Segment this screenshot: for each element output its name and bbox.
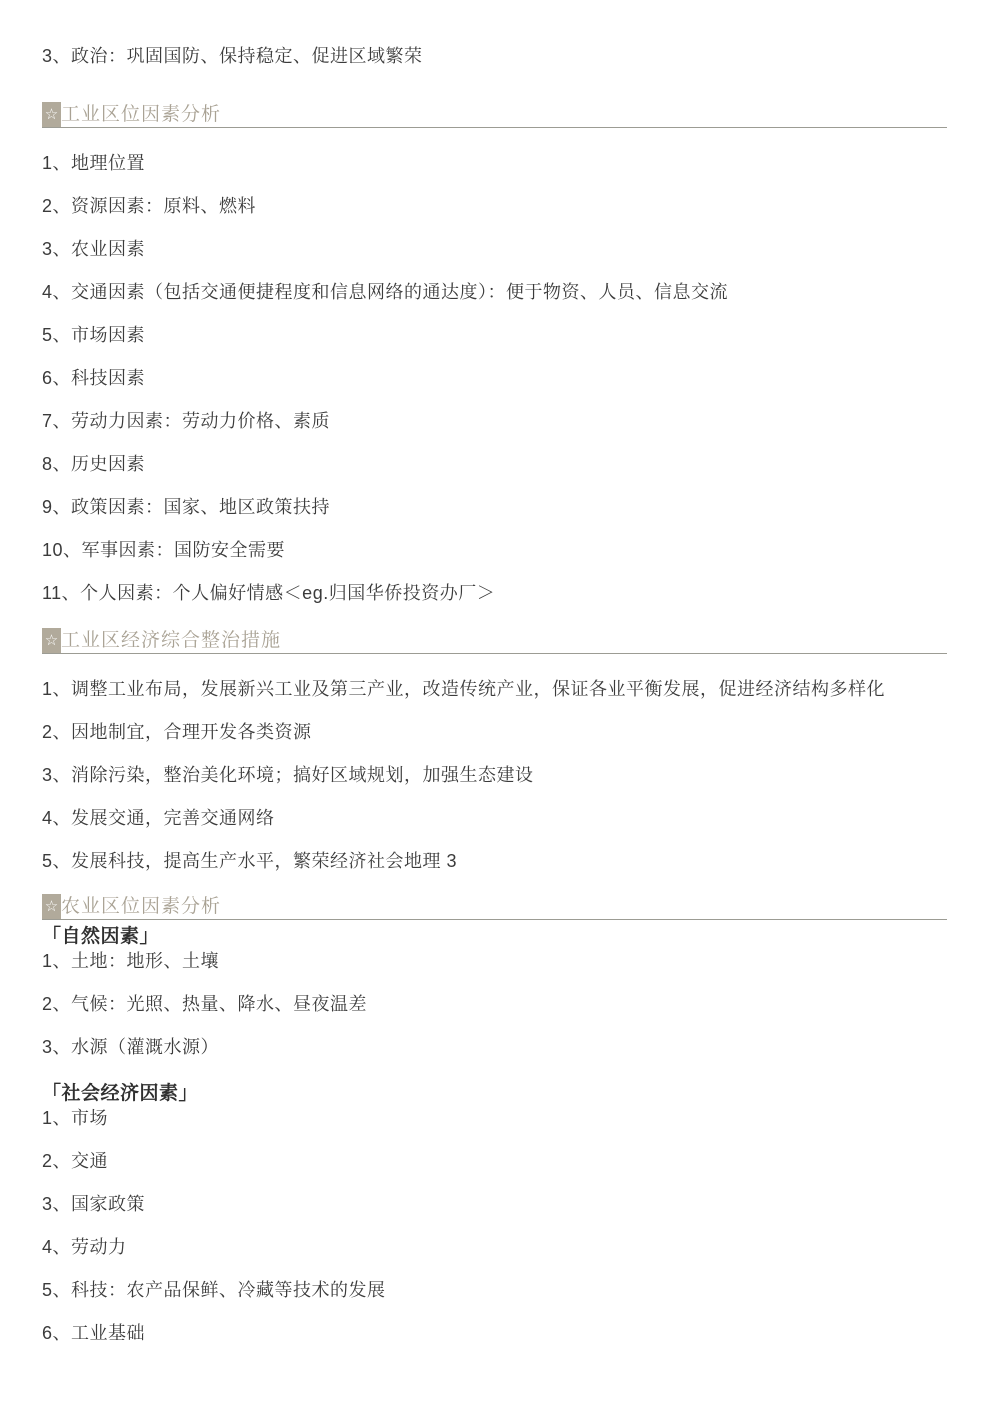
section-industrial-economic-measures: ☆ 工业区经济综合整治措施 1、调整工业布局，发展新兴工业及第三产业，改造传统产… (42, 627, 947, 872)
section-list: 1、地理位置 2、资源因素：原料、燃料 3、农业因素 4、交通因素（包括交通便捷… (42, 152, 947, 604)
section-title: 农业区位因素分析 (61, 895, 221, 919)
subsection-title: 「自然因素」 (42, 926, 947, 948)
list-item: 2、气候：光照、热量、降水、昼夜温差 (42, 993, 947, 1015)
document-page: 3、政治：巩固国防、保持稳定、促进区域繁荣 ☆ 工业区位因素分析 1、地理位置 … (0, 0, 992, 1344)
list-item: 5、市场因素 (42, 324, 947, 346)
list-item: 5、科技：农产品保鲜、冷藏等技术的发展 (42, 1279, 947, 1301)
subsection-natural-factors: 「自然因素」 1、土地：地形、土壤 2、气候：光照、热量、降水、昼夜温差 3、水… (42, 926, 947, 1058)
section-header: ☆ 工业区经济综合整治措施 (42, 627, 947, 654)
star-icon: ☆ (42, 894, 61, 919)
list-item: 6、科技因素 (42, 367, 947, 389)
subsection-title: 「社会经济因素」 (42, 1083, 947, 1105)
star-icon: ☆ (42, 628, 61, 653)
list-item: 1、调整工业布局，发展新兴工业及第三产业，改造传统产业，保证各业平衡发展，促进经… (42, 678, 947, 700)
list-item: 4、交通因素（包括交通便捷程度和信息网络的通达度）：便于物资、人员、信息交流 (42, 281, 947, 303)
list-item: 2、资源因素：原料、燃料 (42, 195, 947, 217)
list-item: 1、地理位置 (42, 152, 947, 174)
list-item: 3、国家政策 (42, 1193, 947, 1215)
list-item: 1、土地：地形、土壤 (42, 950, 947, 972)
subsection-socioeconomic-factors: 「社会经济因素」 1、市场 2、交通 3、国家政策 4、劳动力 5、科技：农产品… (42, 1083, 947, 1344)
list-item: 10、军事因素：国防安全需要 (42, 539, 947, 561)
section-title: 工业区经济综合整治措施 (61, 629, 281, 653)
section-industrial-location-factors: ☆ 工业区位因素分析 1、地理位置 2、资源因素：原料、燃料 3、农业因素 4、… (42, 101, 947, 604)
list-item: 5、发展科技，提高生产水平，繁荣经济社会地理 3 (42, 850, 947, 872)
list-item: 6、工业基础 (42, 1322, 947, 1344)
list-item: 2、交通 (42, 1150, 947, 1172)
section-header: ☆ 工业区位因素分析 (42, 101, 947, 128)
list-item: 4、发展交通，完善交通网络 (42, 807, 947, 829)
list-item: 7、劳动力因素：劳动力价格、素质 (42, 410, 947, 432)
star-icon: ☆ (42, 102, 61, 127)
list-item: 3、消除污染，整治美化环境；搞好区域规划，加强生态建设 (42, 764, 947, 786)
subsection-list: 1、市场 2、交通 3、国家政策 4、劳动力 5、科技：农产品保鲜、冷藏等技术的… (42, 1107, 947, 1344)
list-item: 11、个人因素：个人偏好情感＜eg.归国华侨投资办厂＞ (42, 582, 947, 604)
list-item-politics: 3、政治：巩固国防、保持稳定、促进区域繁荣 (42, 45, 947, 67)
list-item: 1、市场 (42, 1107, 947, 1129)
subsection-list: 1、土地：地形、土壤 2、气候：光照、热量、降水、昼夜温差 3、水源（灌溉水源） (42, 950, 947, 1058)
list-item: 2、因地制宜，合理开发各类资源 (42, 721, 947, 743)
list-item: 3、水源（灌溉水源） (42, 1036, 947, 1058)
list-item: 9、政策因素：国家、地区政策扶持 (42, 496, 947, 518)
list-item: 4、劳动力 (42, 1236, 947, 1258)
section-title: 工业区位因素分析 (61, 103, 221, 127)
list-item: 3、农业因素 (42, 238, 947, 260)
section-header: ☆ 农业区位因素分析 (42, 893, 947, 920)
list-item: 8、历史因素 (42, 453, 947, 475)
section-list: 1、调整工业布局，发展新兴工业及第三产业，改造传统产业，保证各业平衡发展，促进经… (42, 678, 947, 872)
section-agricultural-location-factors: ☆ 农业区位因素分析 「自然因素」 1、土地：地形、土壤 2、气候：光照、热量、… (42, 893, 947, 1344)
